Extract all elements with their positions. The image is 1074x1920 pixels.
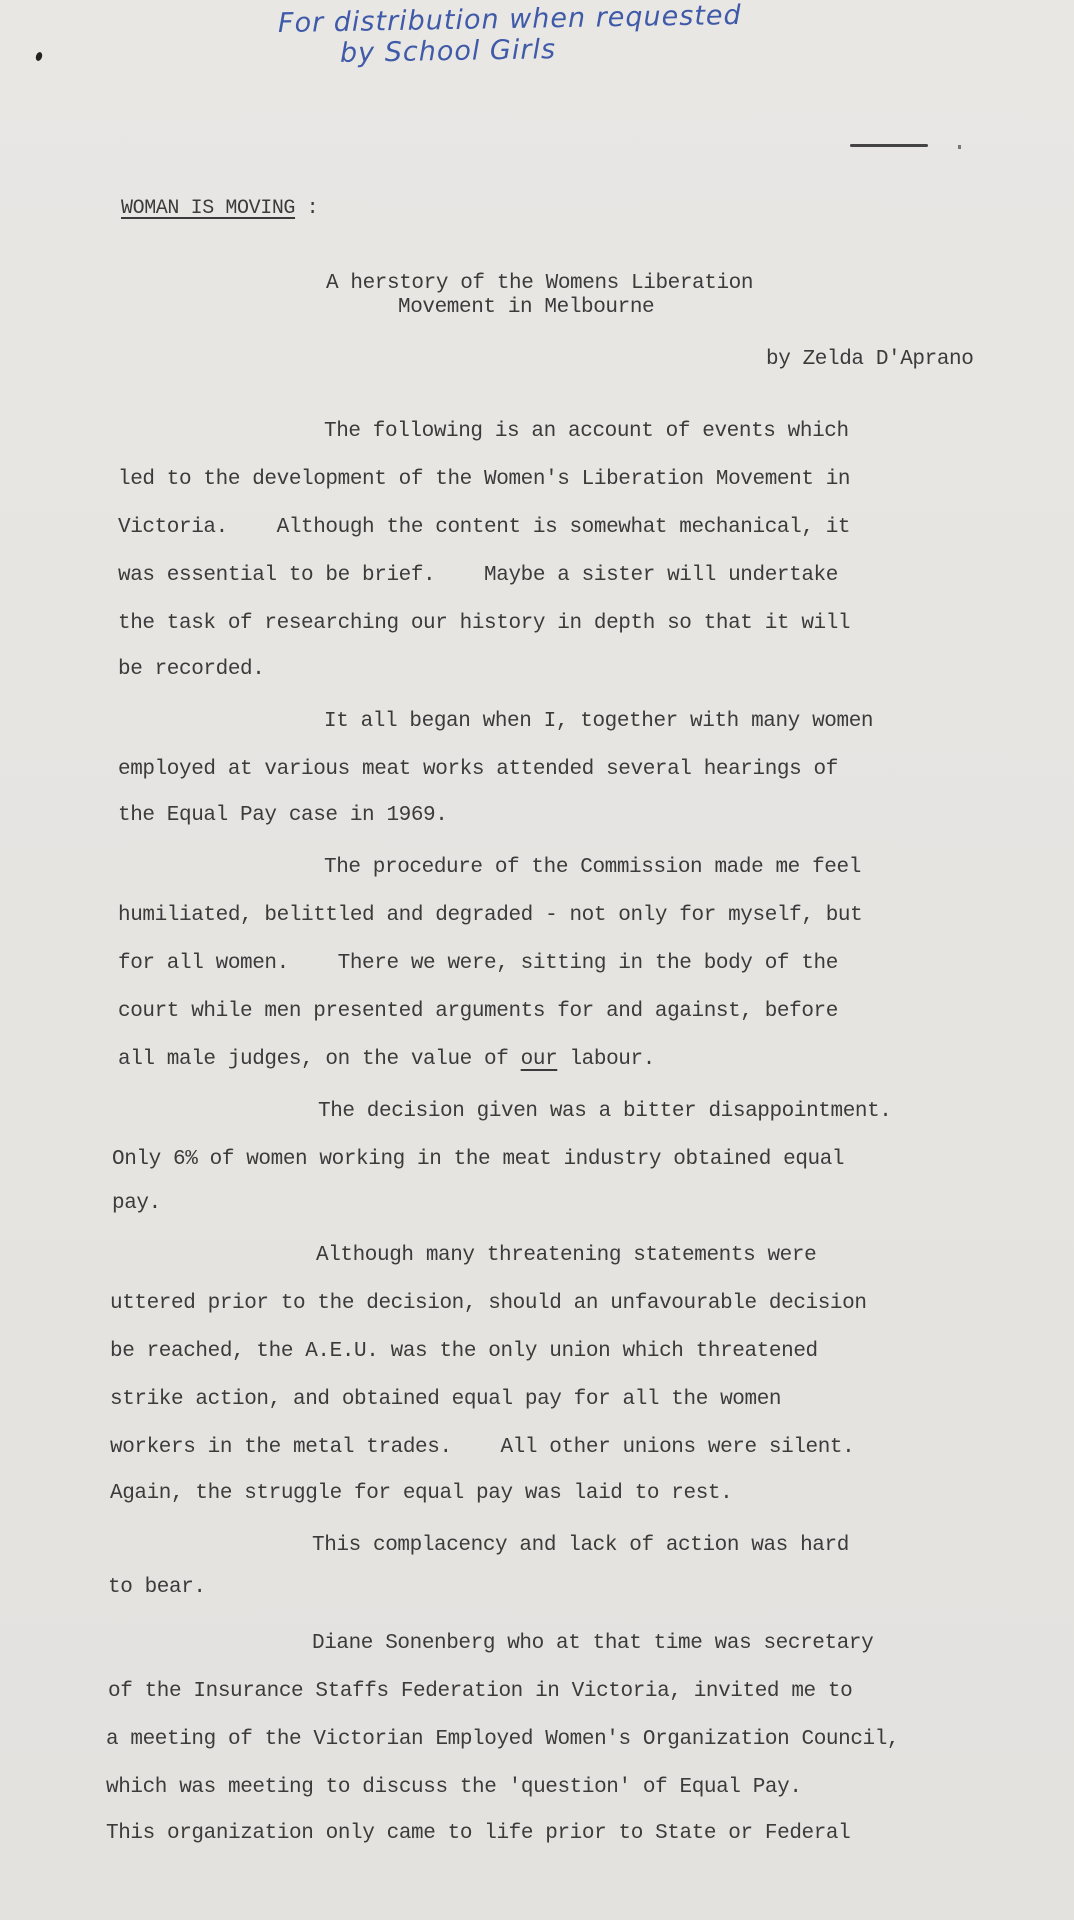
title-text: WOMAN IS MOVING xyxy=(121,197,295,220)
paragraph-3-line-4: court while men presented arguments for … xyxy=(118,1000,838,1023)
paragraph-1-line-2: led to the development of the Women's Li… xyxy=(118,468,850,491)
paragraph-5-line-1: Although many threatening statements wer… xyxy=(316,1244,816,1267)
paragraph-6-line-1: This complacency and lack of action was … xyxy=(312,1534,849,1557)
document-page: For distribution when requested by Schoo… xyxy=(0,0,1074,1920)
paragraph-1-line-6: be recorded. xyxy=(118,658,264,681)
subtitle-line-1: A herstory of the Womens Liberation xyxy=(326,272,753,295)
paragraph-3-line-5: all male judges, on the value of our lab… xyxy=(118,1048,655,1071)
paragraph-1-line-3: Victoria. Although the content is somewh… xyxy=(118,516,850,539)
paragraph-3-line-1: The procedure of the Commission made me … xyxy=(324,856,861,879)
paragraph-7-line-2: of the Insurance Staffs Federation in Vi… xyxy=(108,1680,852,1703)
paragraph-4-line-2: Only 6% of women working in the meat ind… xyxy=(112,1148,844,1171)
ink-dot-mark xyxy=(958,145,961,149)
paragraph-5-line-2: uttered prior to the decision, should an… xyxy=(110,1292,867,1315)
handwritten-note-line-1: For distribution when requested xyxy=(278,2,742,37)
paragraph-2-line-2: employed at various meat works attended … xyxy=(118,758,838,781)
paragraph-5-line-6: Again, the struggle for equal pay was la… xyxy=(110,1482,732,1505)
paragraph-1-line-5: the task of researching our history in d… xyxy=(118,612,850,635)
handwritten-note-line-2: by School Girls xyxy=(340,36,556,67)
document-title: WOMAN IS MOVING : xyxy=(121,197,318,220)
title-suffix: : xyxy=(295,197,318,220)
text-segment: labour. xyxy=(557,1048,655,1071)
paragraph-5-line-4: strike action, and obtained equal pay fo… xyxy=(110,1388,781,1411)
paragraph-7-line-3: a meeting of the Victorian Employed Wome… xyxy=(106,1728,899,1751)
paragraph-5-line-3: be reached, the A.E.U. was the only unio… xyxy=(110,1340,818,1363)
paragraph-4-line-3: pay. xyxy=(112,1192,161,1215)
paragraph-1-line-4: was essential to be brief. Maybe a siste… xyxy=(118,564,838,587)
paragraph-4-line-1: The decision given was a bitter disappoi… xyxy=(318,1100,892,1123)
ink-dash-mark xyxy=(850,144,928,147)
paragraph-7-line-4: which was meeting to discuss the 'questi… xyxy=(106,1776,802,1799)
ink-spot-mark xyxy=(35,51,44,62)
emphasized-word: our xyxy=(521,1048,558,1071)
paragraph-3-line-2: humiliated, belittled and degraded - not… xyxy=(118,904,862,927)
subtitle-line-2: Movement in Melbourne xyxy=(398,296,654,319)
paragraph-5-line-5: workers in the metal trades. All other u… xyxy=(110,1436,854,1459)
paragraph-7-line-5: This organization only came to life prio… xyxy=(106,1822,850,1845)
text-segment: all male judges, on the value of xyxy=(118,1048,521,1071)
byline: by Zelda D'Aprano xyxy=(766,348,973,371)
paragraph-1-line-1: The following is an account of events wh… xyxy=(324,420,849,443)
paragraph-2-line-1: It all began when I, together with many … xyxy=(324,710,873,733)
paragraph-7-line-1: Diane Sonenberg who at that time was sec… xyxy=(312,1632,873,1655)
paragraph-3-line-3: for all women. There we were, sitting in… xyxy=(118,952,838,975)
paragraph-2-line-3: the Equal Pay case in 1969. xyxy=(118,804,447,827)
paragraph-6-line-2: to bear. xyxy=(108,1576,206,1599)
